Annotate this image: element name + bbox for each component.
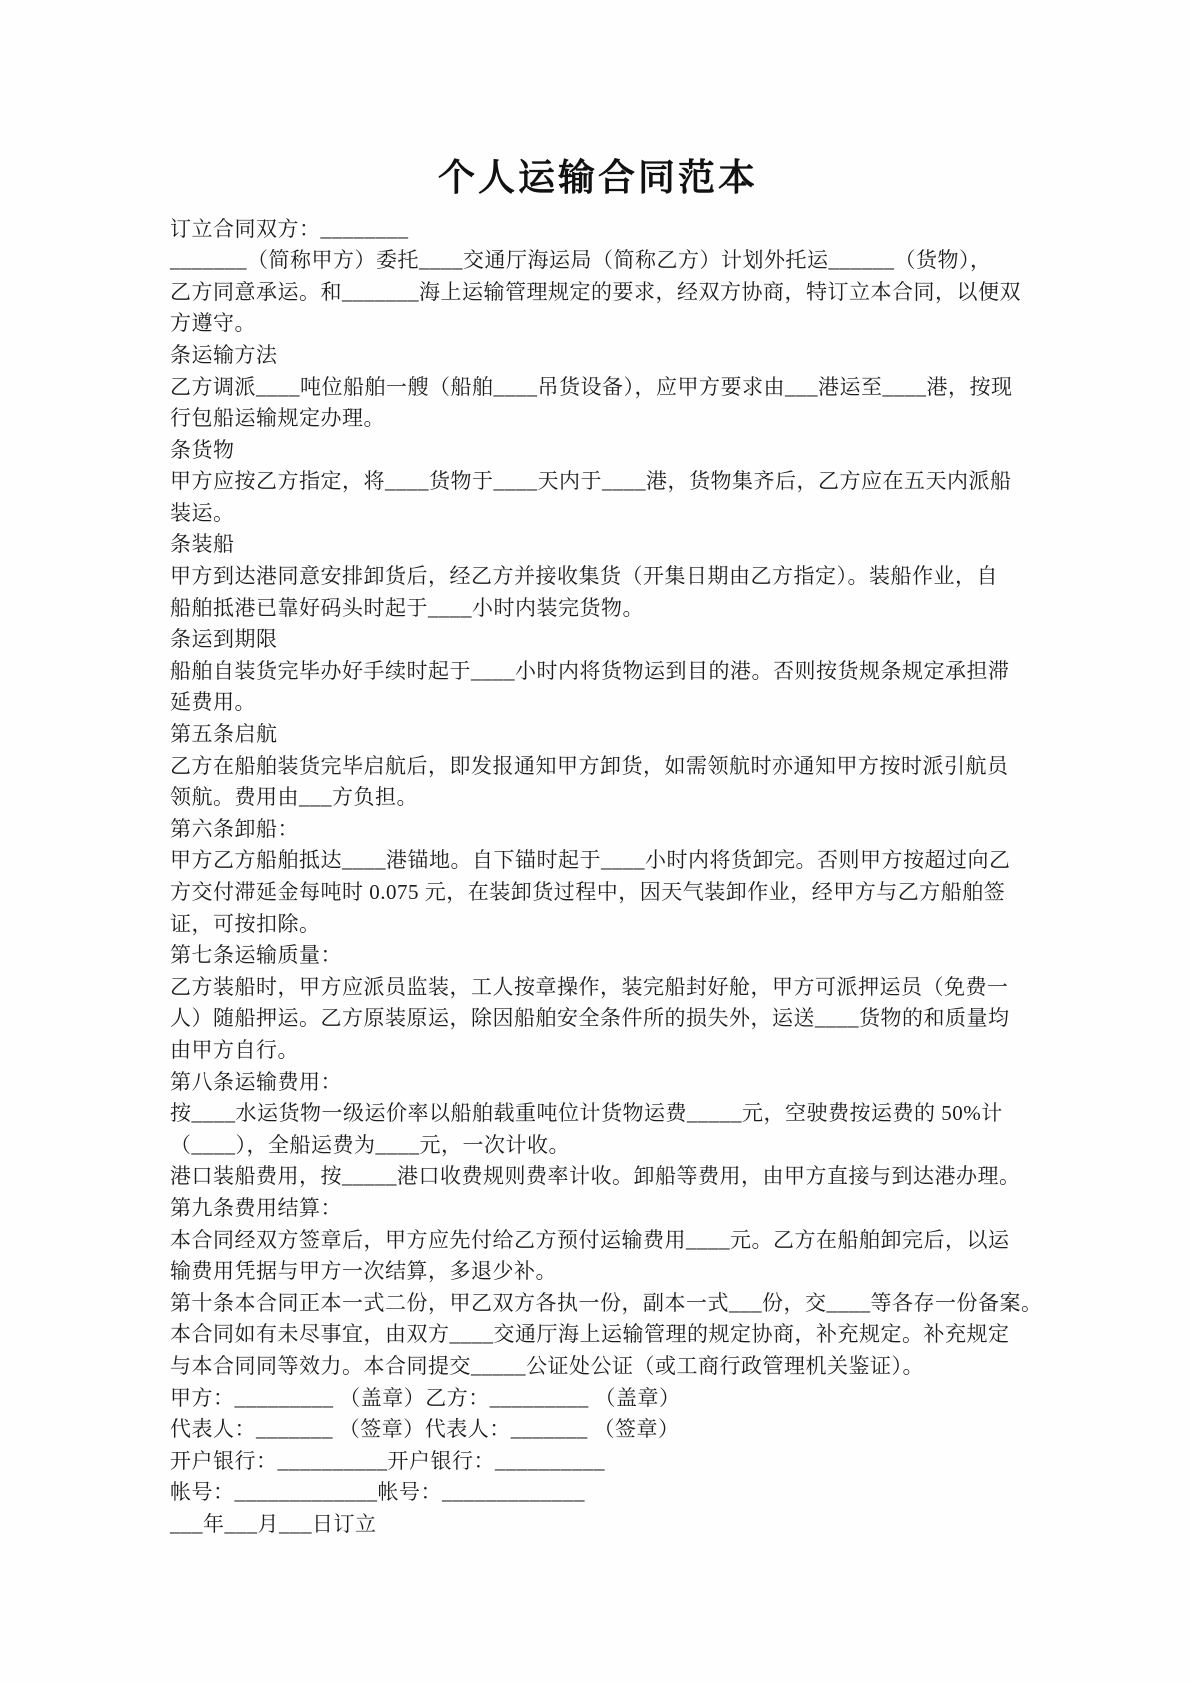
contract-line: 延费用。 [170,687,1026,719]
clause-heading-unloading: 第六条卸船： [170,814,1026,846]
contract-body: 订立合同双方：________ _______（简称甲方）委托____交通厅海运… [170,214,1026,1541]
signature-line-banks: 开户银行：__________开户银行：__________ [170,1446,1026,1478]
contract-line: 人）随船押运。乙方原装原运，除因船舶安全条件所的损失外，运送____货物的和质量… [170,1003,1026,1035]
contract-line: 输费用凭据与甲方一次结算，多退少补。 [170,1256,1026,1288]
contract-line: 甲方乙方船舶抵达____港锚地。自下锚时起于____小时内将货卸完。否则甲方按超… [170,845,1026,877]
clause-heading-fee-settlement: 第九条费用结算： [170,1193,1026,1225]
contract-line: 港口装船费用，按_____港口收费规则费率计收。卸船等费用，由甲方直接与到达港办… [170,1161,1026,1193]
signature-line-date: ___年___月___日订立 [170,1509,1026,1541]
contract-line: _______（简称甲方）委托____交通厅海运局（简称乙方）计划外托运____… [170,245,1026,277]
contract-line: 乙方调派____吨位船舶一艘（船舶____吊货设备），应甲方要求由___港运至_… [170,372,1026,404]
clause-heading-transport-method: 条运输方法 [170,340,1026,372]
contract-line-parties: 订立合同双方：________ [170,214,1026,246]
clause-heading-transport-fees: 第八条运输费用： [170,1067,1026,1099]
contract-line: 乙方同意承运。和_______海上运输管理规定的要求，经双方协商，特订立本合同，… [170,277,1026,309]
contract-line: 行包船运输规定办理。 [170,403,1026,435]
contract-line: 与本合同同等效力。本合同提交_____公证处公证（或工商行政管理机关鉴证）。 [170,1351,1026,1383]
contract-line: 装运。 [170,498,1026,530]
clause-heading-transport-quality: 第七条运输质量： [170,940,1026,972]
contract-line: 方遵守。 [170,308,1026,340]
signature-line-account-numbers: 帐号：_____________帐号：_____________ [170,1477,1026,1509]
contract-line: （____），全船运费为____元，一次计收。 [170,1130,1026,1162]
contract-line: 由甲方自行。 [170,1035,1026,1067]
clause-heading-goods: 条货物 [170,435,1026,467]
clause-heading-loading: 条装船 [170,529,1026,561]
contract-line: 按____水运货物一级运价率以船舶载重吨位计货物运费_____元，空驶费按运费的… [170,1098,1026,1130]
contract-line: 甲方应按乙方指定，将____货物于____天内于____港，货物集齐后，乙方应在… [170,466,1026,498]
document-title: 个人运输合同范本 [170,0,1026,201]
contract-line: 甲方到达港同意安排卸货后，经乙方并接收集货（开集日期由乙方指定）。装船作业，自 [170,561,1026,593]
contract-line: 本合同如有未尽事宜，由双方____交通厅海上运输管理的规定协商，补充规定。补充规… [170,1319,1026,1351]
contract-line: 证，可按扣除。 [170,909,1026,941]
contract-line: 本合同经双方签章后，甲方应先付给乙方预付运输费用____元。乙方在船舶卸完后，以… [170,1225,1026,1257]
signature-line-representatives: 代表人：_______ （签章）代表人：_______ （签章） [170,1414,1026,1446]
contract-line: 领航。费用由___方负担。 [170,782,1026,814]
contract-line: 方交付滞延金每吨时 0.075 元，在装卸货过程中，因天气装卸作业，经甲方与乙方… [170,877,1026,909]
contract-line: 第十条本合同正本一式二份，甲乙双方各执一份，副本一式___份，交____等各存一… [170,1288,1026,1320]
clause-heading-delivery-deadline: 条运到期限 [170,624,1026,656]
contract-line: 船舶自装货完毕办好手续时起于____小时内将货物运到目的港。否则按货规条规定承担… [170,656,1026,688]
clause-heading-departure: 第五条启航 [170,719,1026,751]
document-page: 个人运输合同范本 订立合同双方：________ _______（简称甲方）委托… [0,0,1190,1683]
contract-line: 乙方在船舶装货完毕启航后，即发报通知甲方卸货，如需领航时亦通知甲方按时派引航员 [170,751,1026,783]
contract-line: 乙方装船时，甲方应派员监装，工人按章操作，装完船封好舱，甲方可派押运员（免费一 [170,972,1026,1004]
contract-line: 船舶抵港已靠好码头时起于____小时内装完货物。 [170,593,1026,625]
signature-line-party-seals: 甲方：_________ （盖章）乙方：_________ （盖章） [170,1383,1026,1415]
